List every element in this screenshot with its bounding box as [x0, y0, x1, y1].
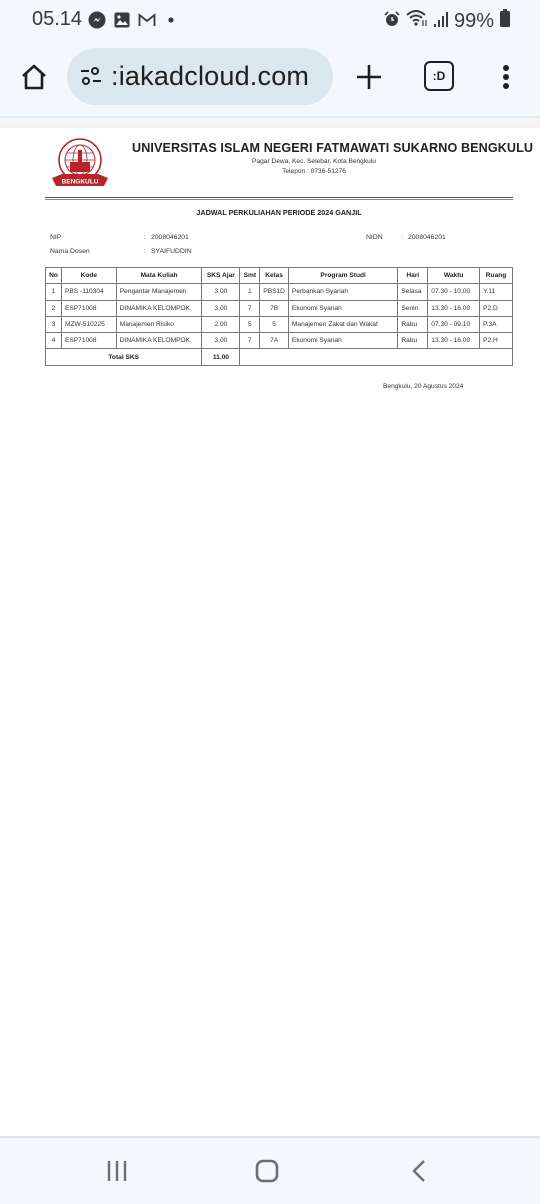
table-cell: 2.00: [202, 316, 240, 332]
nip-label: NIP: [50, 234, 61, 241]
university-name: UNIVERSITAS ISLAM NEGERI FATMAWATI SUKAR…: [132, 141, 533, 155]
plus-icon: [356, 64, 382, 90]
gmail-icon: [138, 13, 156, 32]
col-header: Waktu: [428, 268, 480, 284]
table-cell: P2.H: [480, 333, 513, 349]
table-cell: 2: [46, 300, 62, 316]
university-address: Pagar Dewa, Kec. Selebar, Kota Bengkulu: [132, 158, 496, 165]
col-header: Smt: [240, 268, 260, 284]
home-circle-icon: [255, 1159, 279, 1183]
table-row: 2ESP71008DINAMIKA KELOMPOK3.0077BEkonomi…: [46, 300, 513, 316]
signature-place-date: Bengkulu, 20 Agustus 2024: [383, 383, 463, 390]
table-cell: Senin: [398, 300, 428, 316]
browser-toolbar: :iakadcloud.com :D: [0, 40, 540, 116]
table-row: 1PBS -110304Pengantar Manajemen3.001PBS1…: [46, 284, 513, 300]
table-cell: 13.30 - 16.00: [428, 300, 480, 316]
table-cell: 3: [46, 316, 62, 332]
col-header: SKS Ajar: [202, 268, 240, 284]
nama-separator: :: [144, 248, 146, 255]
nidn-value: 2008046201: [408, 234, 446, 241]
table-cell: 7A: [260, 333, 289, 349]
table-cell: 07.30 - 10.00: [428, 284, 480, 300]
table-cell: Manajemen Zakat dan Wakaf: [288, 316, 397, 332]
col-header: Kelas: [260, 268, 289, 284]
system-nav-bar: [0, 1136, 540, 1204]
back-button[interactable]: [399, 1156, 439, 1186]
recents-button[interactable]: [97, 1156, 137, 1186]
gallery-icon: [114, 12, 130, 33]
url-text[interactable]: :iakadcloud.com: [111, 61, 309, 92]
address-bar[interactable]: :iakadcloud.com: [67, 48, 333, 105]
table-cell: 7B: [260, 300, 289, 316]
table-cell: 3.00: [202, 300, 240, 316]
tab-switcher-button[interactable]: :D: [424, 61, 454, 91]
col-header: Program Studi: [288, 268, 397, 284]
nip-value: 2008046201: [151, 234, 189, 241]
col-header: Ruang: [480, 268, 513, 284]
table-cell: 1: [46, 284, 62, 300]
nidn-label: NIDN: [366, 234, 383, 241]
nidn-separator: :: [401, 234, 403, 241]
table-cell: 5: [260, 316, 289, 332]
table-cell: PBS1D: [260, 284, 289, 300]
table-cell: MZW-510225: [61, 316, 116, 332]
svg-text:BENGKULU: BENGKULU: [62, 179, 99, 186]
table-cell: 5: [240, 316, 260, 332]
site-settings-icon[interactable]: [80, 66, 102, 91]
recents-icon: [106, 1160, 128, 1182]
table-cell: P2.D: [480, 300, 513, 316]
col-header: Mata Kuliah: [116, 268, 202, 284]
col-header: Kode: [61, 268, 116, 284]
battery-icon: [500, 9, 510, 33]
dot-icon: [164, 13, 178, 32]
alarm-icon: [384, 10, 400, 33]
table-cell: 3.00: [202, 333, 240, 349]
table-cell: DINAMIKA KELOMPOK: [116, 300, 202, 316]
header-divider: [45, 197, 513, 200]
table-cell: 3.00: [202, 284, 240, 300]
col-header: Hari: [398, 268, 428, 284]
table-cell: PBS -110304: [61, 284, 116, 300]
table-cell: Selasa: [398, 284, 428, 300]
new-tab-button[interactable]: [354, 62, 384, 92]
schedule-table: No Kode Mata Kuliah SKS Ajar Smt Kelas P…: [45, 267, 513, 366]
table-cell: Manajemen Risiko: [116, 316, 202, 332]
back-chevron-icon: [411, 1159, 427, 1183]
table-cell: 4: [46, 333, 62, 349]
table-cell: Perbankan Syariah: [288, 284, 397, 300]
signal-icon: [434, 10, 448, 33]
university-phone: Telepon : 0736-51276: [132, 168, 496, 175]
total-sks-label: Total SKS: [46, 349, 202, 365]
table-cell: Ekonomi Syariah: [288, 300, 397, 316]
table-cell: Y.11: [480, 284, 513, 300]
table-cell: 7: [240, 333, 260, 349]
battery-text: 99%: [454, 10, 494, 33]
home-icon: [20, 63, 48, 91]
col-header: No: [46, 268, 62, 284]
table-cell: 7: [240, 300, 260, 316]
home-nav-button[interactable]: [247, 1156, 287, 1186]
nama-dosen-value: SYAIFUDDIN: [151, 248, 192, 255]
nip-separator: :: [144, 234, 146, 241]
toolbar-divider: [0, 116, 540, 128]
nama-dosen-label: Nama Dosen: [50, 248, 90, 255]
document-title: JADWAL PERKULIAHAN PERIODE 2024 GANJIL: [45, 208, 513, 217]
home-button[interactable]: [18, 60, 50, 94]
total-row: Total SKS 11.00: [46, 349, 513, 365]
table-row: 4ESP71008DINAMIKA KELOMPOK3.0077AEkonomi…: [46, 333, 513, 349]
menu-button[interactable]: [496, 62, 516, 92]
table-header-row: No Kode Mata Kuliah SKS Ajar Smt Kelas P…: [46, 268, 513, 284]
messenger-icon: [88, 11, 106, 34]
more-vert-icon: [502, 64, 510, 90]
table-cell: Rabu: [398, 333, 428, 349]
table-row: 3MZW-510225Manajemen Risiko2.0055Manajem…: [46, 316, 513, 332]
table-cell: Pengantar Manajemen: [116, 284, 202, 300]
university-logo-icon: BENGKULU: [48, 136, 112, 194]
table-cell: ESP71008: [61, 333, 116, 349]
table-cell: 13.30 - 16.00: [428, 333, 480, 349]
table-cell: Rabu: [398, 316, 428, 332]
total-sks-value: 11.00: [202, 349, 240, 365]
status-bar: 05.14 99%: [0, 0, 540, 40]
table-cell: P.3A: [480, 316, 513, 332]
table-cell: DINAMIKA KELOMPOK: [116, 333, 202, 349]
table-cell: 1: [240, 284, 260, 300]
tab-count: :D: [433, 69, 446, 83]
table-cell: 07.30 - 09.10: [428, 316, 480, 332]
wifi-icon: [406, 9, 428, 33]
page-content: BENGKULU UNIVERSITAS ISLAM NEGERI FATMAW…: [0, 128, 540, 1136]
table-cell: ESP71008: [61, 300, 116, 316]
total-row-empty: [240, 349, 513, 365]
table-cell: Ekonomi Syariah: [288, 333, 397, 349]
clock: 05.14: [32, 8, 82, 31]
